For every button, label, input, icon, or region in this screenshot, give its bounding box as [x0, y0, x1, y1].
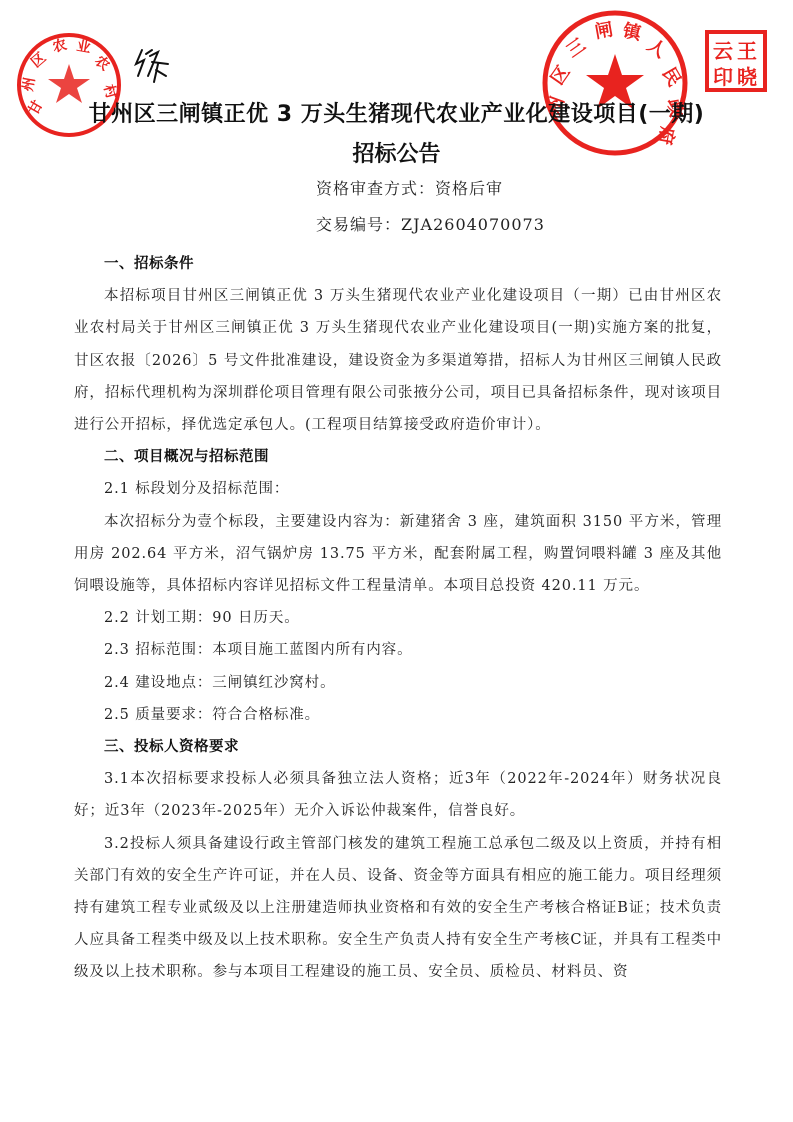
- township-government-seal: 州 区 三 闸 镇 人 民 政 府: [540, 8, 690, 158]
- section-heading-bidder-qualifications: 三、投标人资格要求: [74, 731, 722, 763]
- document-subtitle: 招标公告: [0, 137, 793, 168]
- document-body: 一、招标条件 本招标项目甘州区三闸镇正优 3 万头生猪现代农业产业化建设项目（一…: [74, 248, 722, 989]
- svg-text:镇: 镇: [621, 19, 644, 44]
- svg-text:云: 云: [713, 39, 733, 63]
- svg-text:晓: 晓: [737, 65, 757, 89]
- clause-3-2: 3.2投标人须具备建设行政主管部门核发的建筑工程施工总承包二级及以上资质，并持有…: [74, 828, 722, 989]
- svg-text:三: 三: [563, 35, 590, 63]
- document-title: 甘州区三闸镇正优 3 万头生猪现代农业产业化建设项目(一期): [0, 97, 793, 128]
- svg-text:王: 王: [737, 39, 757, 63]
- clause-2-1: 2.1 标段划分及招标范围：: [74, 473, 722, 505]
- clause-2-3: 2.3 招标范围：本项目施工蓝图内所有内容。: [74, 634, 722, 666]
- svg-text:人: 人: [643, 35, 670, 63]
- svg-text:印: 印: [713, 65, 733, 89]
- signature: [132, 46, 174, 92]
- personal-name-seal: 云 王 印 晓: [705, 30, 767, 92]
- paragraph: 本次招标分为壹个标段，主要建设内容为：新建猪舍 3 座，建筑面积 3150 平方…: [74, 506, 722, 603]
- clause-2-4: 2.4 建设地点：三闸镇红沙窝村。: [74, 667, 722, 699]
- clause-2-5: 2.5 质量要求：符合合格标准。: [74, 699, 722, 731]
- paragraph: 本招标项目甘州区三闸镇正优 3 万头生猪现代农业产业化建设项目（一期）已由甘州区…: [74, 280, 722, 441]
- svg-text:业: 业: [75, 38, 92, 56]
- section-heading-bidding-conditions: 一、招标条件: [74, 248, 722, 280]
- document-page: 甘 州 区 农 业 农 村 州 区 三 闸 镇 人 民 政 府: [0, 0, 793, 1122]
- svg-text:区: 区: [547, 62, 575, 89]
- transaction-number: 交易编号：ZJA2604070073: [316, 212, 545, 235]
- svg-text:闸: 闸: [593, 18, 615, 43]
- section-heading-project-overview: 二、项目概况与招标范围: [74, 441, 722, 473]
- review-method: 资格审查方式：资格后审: [316, 176, 503, 199]
- svg-text:农: 农: [51, 36, 69, 56]
- clause-3-1: 3.1本次招标要求投标人必须具备独立法人资格；近3年（2022年-2024年）财…: [74, 763, 722, 827]
- clause-2-2: 2.2 计划工期：90 日历天。: [74, 602, 722, 634]
- svg-text:民: 民: [658, 64, 685, 90]
- svg-text:州: 州: [20, 76, 38, 93]
